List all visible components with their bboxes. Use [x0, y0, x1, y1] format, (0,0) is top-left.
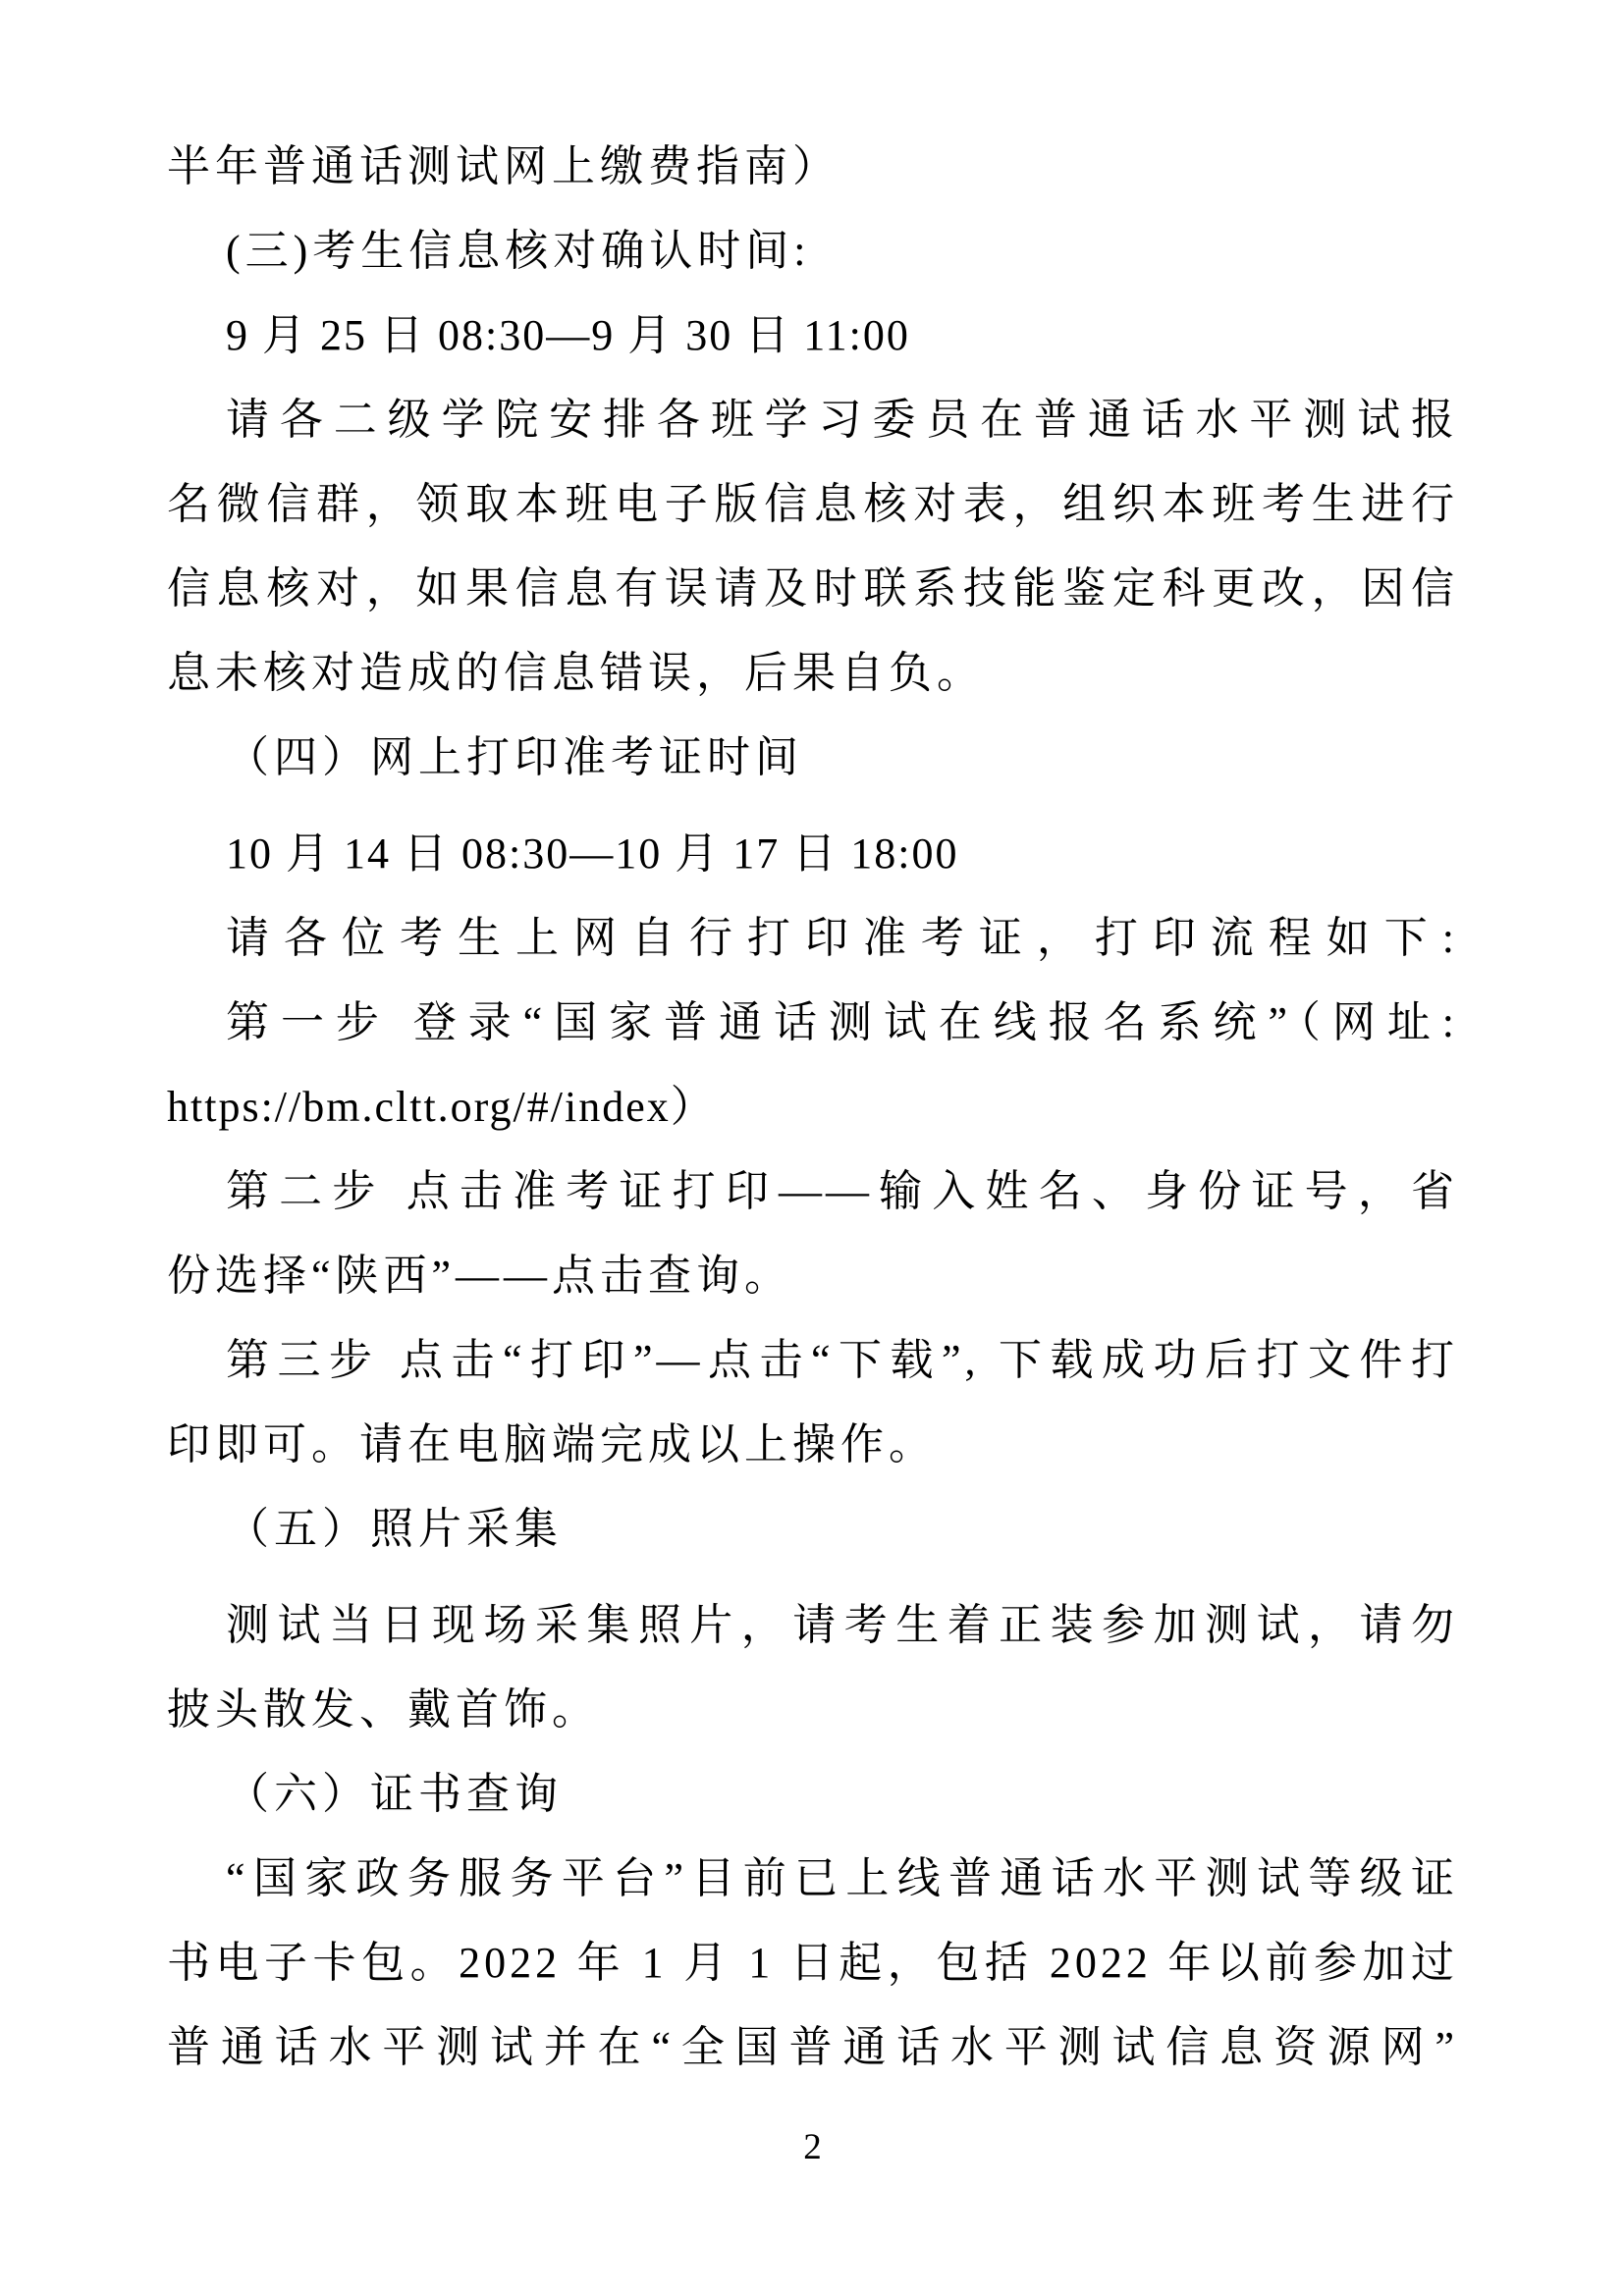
- paragraph-line: 印即可。请在电脑端完成以上操作。: [167, 1403, 1458, 1487]
- step-2-line: 第二步 点击准考证打印——输入姓名、身份证号，省: [167, 1149, 1458, 1234]
- paragraph-line: 测试当日现场采集照片，请考生着正装参加测试，请勿: [167, 1583, 1458, 1668]
- date-range-confirm: 9 月 25 日 08:30—9 月 30 日 11:00: [167, 294, 1458, 378]
- paragraph-line: 请各位考生上网自行打印准考证，打印流程如下:: [167, 896, 1458, 981]
- document-page: 半年普通话测试网上缴费指南） (三)考生信息核对确认时间: 9 月 25 日 0…: [0, 0, 1624, 2296]
- date-range-print: 10 月 14 日 08:30—10 月 17 日 18:00: [167, 812, 1458, 896]
- url-line: https://bm.cltt.org/#/index）: [167, 1065, 1458, 1149]
- section-heading-6: （六）证书查询: [167, 1752, 1458, 1837]
- paragraph-line: “国家政务服务平台”目前已上线普通话水平测试等级证: [167, 1837, 1458, 1921]
- paragraph-line: 信息核对，如果信息有误请及时联系技能鉴定科更改，因信: [167, 547, 1458, 631]
- paragraph-line: 披头散发、戴首饰。: [167, 1668, 1458, 1752]
- section-heading-3: (三)考生信息核对确认时间:: [167, 209, 1458, 294]
- paragraph-line: 普通话水平测试并在“全国普通话水平测试信息资源网”: [167, 2005, 1458, 2090]
- paragraph-line: 名微信群，领取本班电子版信息核对表，组织本班考生进行: [167, 462, 1458, 547]
- paragraph-line: 半年普通话测试网上缴费指南）: [167, 125, 1458, 209]
- paragraph-line: 请各二级学院安排各班学习委员在普通话水平测试报: [167, 378, 1458, 462]
- section-heading-4: （四）网上打印准考证时间: [167, 716, 1458, 800]
- paragraph-line: 书电子卡包。2022 年 1 月 1 日起，包括 2022 年以前参加过: [167, 1921, 1458, 2005]
- step-3-line: 第三步 点击“打印”—点击“下载”, 下载成功后打文件打: [167, 1318, 1458, 1403]
- page-number: 2: [167, 2106, 1458, 2190]
- section-heading-5: （五）照片采集: [167, 1487, 1458, 1572]
- paragraph-line: 份选择“陕西”——点击查询。: [167, 1234, 1458, 1318]
- paragraph-line: 息未核对造成的信息错误，后果自负。: [167, 631, 1458, 716]
- step-1-line: 第一步 登录“国家普通话测试在线报名系统”（网址:: [167, 981, 1458, 1065]
